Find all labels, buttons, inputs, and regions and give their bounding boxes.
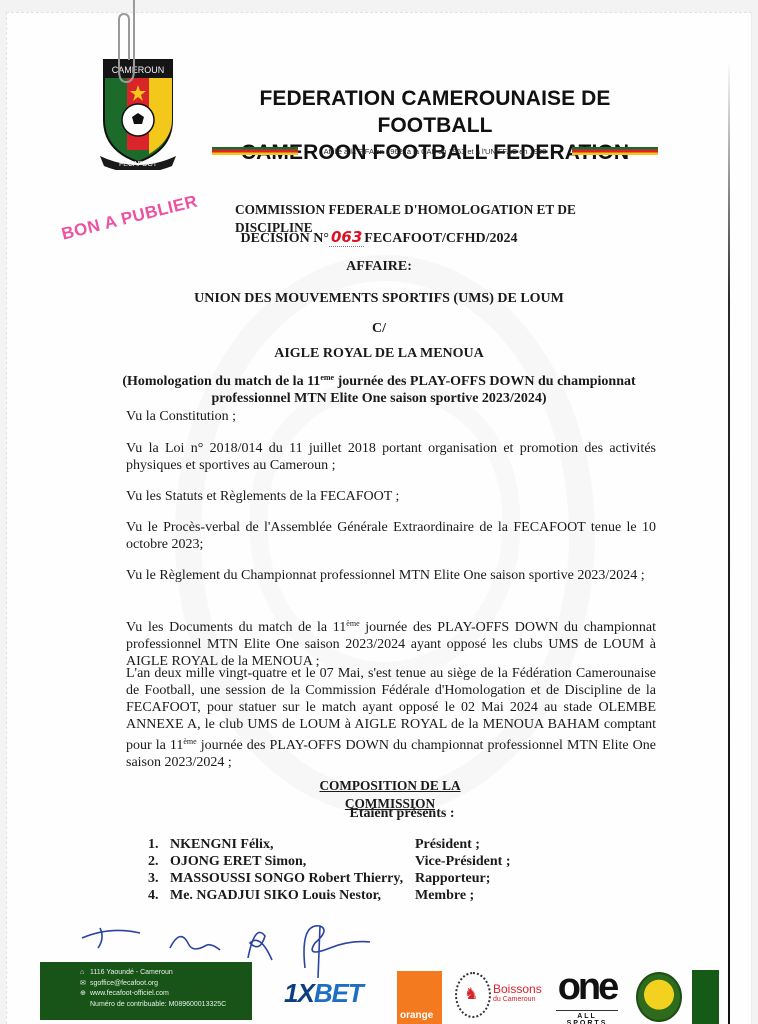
sponsor-orange-logo: orange [397, 971, 442, 1024]
lions-badge-icon [636, 972, 682, 1022]
svg-text:FECAFOOT: FECAFOOT [119, 161, 158, 168]
affiliation-row: Affilié à la FIFA en 1962, à la CAF en 1… [212, 144, 658, 158]
vu-statuts: Vu les Statuts et Règlements de la FECAF… [126, 488, 656, 505]
title-fr: FEDERATION CAMEROUNAISE DE FOOTBALL [200, 85, 670, 139]
sponsor-boissons-logo: ♞ Boissons du Cameroun [455, 970, 545, 1020]
sponsor-one-allsports-logo: one ALL SPORTS [548, 968, 626, 1024]
present-label: Etaient présents : [337, 805, 467, 823]
globe-icon: ⊕ [80, 989, 90, 1000]
page-edge [751, 12, 752, 1024]
member-row: 2.OJONG ERET Simon,Vice-Président ; [148, 853, 548, 870]
member-row: 3.MASSOUSSI SONGO Robert Thierry,Rapport… [148, 870, 548, 887]
green-accent-bar [692, 970, 719, 1024]
address-line: ⌂1116 Yaoundé - Cameroun [80, 968, 252, 979]
page-shadow-line [728, 60, 730, 1024]
homologation-subject: (Homologation du match de la 11eme journ… [0, 369, 758, 407]
vu-reglement: Vu le Règlement du Championnat professio… [126, 567, 656, 584]
member-row: 4.Me. NGADJUI SIKO Louis Nestor,Membre ; [148, 887, 548, 904]
member-row: 1.NKENGNI Félix,Président ; [148, 836, 548, 853]
members-list: 1.NKENGNI Félix,Président ; 2.OJONG ERET… [148, 836, 548, 904]
contact-footer: ⌂1116 Yaoundé - Cameroun ✉sgoffice@fecaf… [40, 962, 252, 1020]
flag-stripe-right [572, 147, 658, 155]
sponsor-1xbet-logo: 1XBET [284, 978, 363, 1009]
decision-number: DECISION N°063FECAFOOT/CFHD/2024 [0, 228, 758, 248]
club-home: UNION DES MOUVEMENTS SPORTIFS (UMS) DE L… [0, 290, 758, 308]
taxpayer-line: Numéro de contribuable: M089600013325C [80, 1000, 252, 1011]
club-away: AIGLE ROYAL DE LA MENOUA [0, 345, 758, 363]
session-paragraph: L'an deux mille vingt-quatre et le 07 Ma… [126, 665, 656, 771]
home-icon: ⌂ [80, 968, 90, 979]
versus-label: C/ [0, 320, 758, 338]
affiliation-text: Affilié à la FIFA en 1962, à la CAF en 1… [324, 147, 547, 156]
decision-handwritten-number: 063 [329, 228, 364, 247]
vu-loi: Vu la Loi n° 2018/014 du 11 juillet 2018… [126, 440, 656, 474]
website-line: ⊕www.fecafoot-officiel.com [80, 989, 252, 1000]
vu-proces-verbal: Vu le Procès-verbal de l'Assemblée Génér… [126, 519, 656, 553]
flag-stripe-left [212, 147, 298, 155]
lion-icon: ♞ [464, 984, 478, 1003]
vu-documents: Vu les Documents du match de la 11ème jo… [126, 615, 656, 670]
decision-suffix: FECAFOOT/CFHD/2024 [364, 231, 517, 246]
envelope-icon: ✉ [80, 979, 90, 990]
email-line: ✉sgoffice@fecafoot.org [80, 979, 252, 990]
affaire-label: AFFAIRE: [0, 258, 758, 276]
decision-prefix: DECISION N° [241, 231, 329, 246]
paperclip-icon [114, 0, 144, 100]
vu-constitution: Vu la Constitution ; [126, 408, 656, 425]
